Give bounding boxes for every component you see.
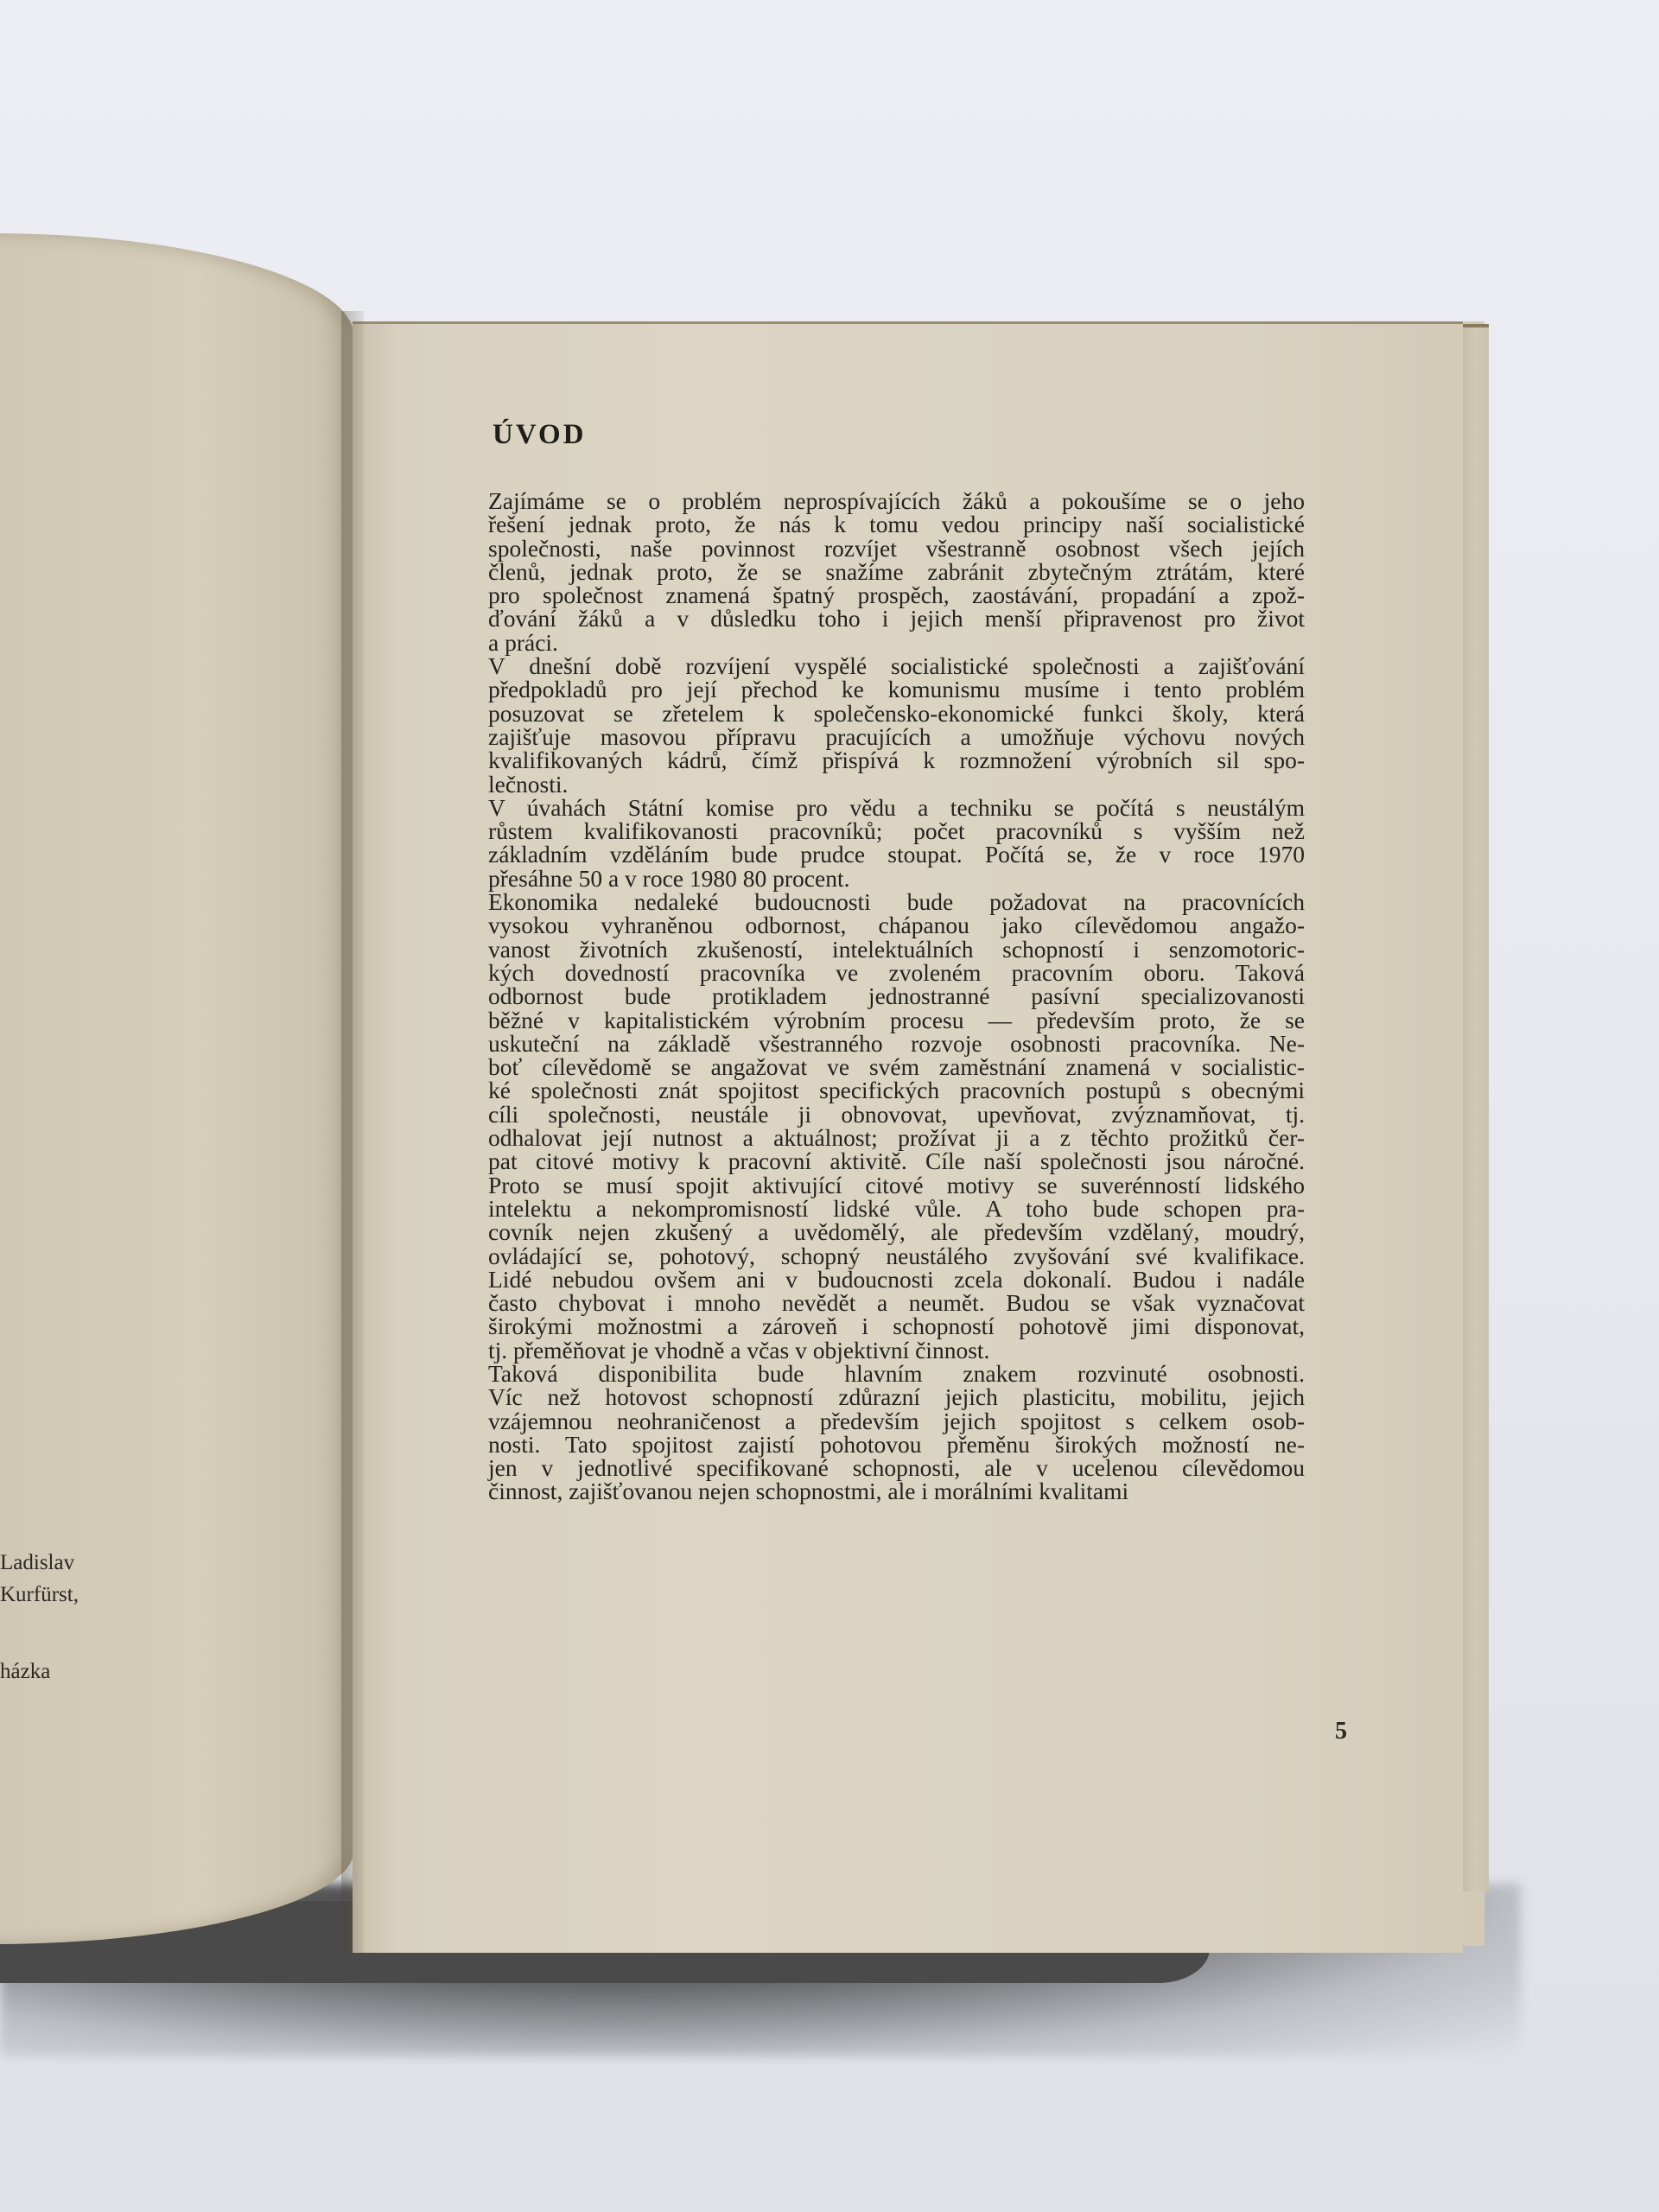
- text-line: Lidé nebudou ovšem ani v budoucnosti zce…: [488, 1268, 1305, 1291]
- paragraph: Taková disponibilita bude hlavním znakem…: [488, 1362, 1305, 1503]
- text-line: přesáhne 50 a v roce 1980 80 procent.: [488, 867, 1305, 890]
- text-line: lečnosti.: [488, 772, 1305, 796]
- book-gutter: [341, 311, 364, 1953]
- text-line: uskuteční na základě všestranného rozvoj…: [488, 1032, 1305, 1055]
- text-line: intelektu a nekompromisností lidské vůle…: [488, 1197, 1305, 1220]
- text-line: kvalifikovaných kádrů, čímž přispívá k r…: [488, 748, 1305, 772]
- left-line-gap: [0, 1611, 79, 1656]
- left-line: Kurfürst,: [0, 1579, 79, 1611]
- page-content: ÚVOD Zajímáme se o problém neprospívajíc…: [488, 419, 1305, 1503]
- text-line: covník nejen zkušený a uvědomělý, ale př…: [488, 1220, 1305, 1243]
- text-line: V úvahách Státní komise pro vědu a techn…: [488, 796, 1305, 819]
- text-line: cíli společnosti, neustále ji obnovovat,…: [488, 1103, 1305, 1126]
- text-line: často chybovat i mnoho nevědět a neumět.…: [488, 1291, 1305, 1314]
- paragraph: Zajímáme se o problém neprospívajících ž…: [488, 489, 1305, 654]
- text-line: kých dovedností pracovníka ve zvoleném p…: [488, 961, 1305, 984]
- text-line: ovládající se, pohotový, schopný neustál…: [488, 1244, 1305, 1268]
- text-line: pro společnost znamená špatný prospěch, …: [488, 583, 1305, 607]
- text-line: základním vzděláním bude prudce stoupat.…: [488, 842, 1305, 866]
- text-line: společnosti, naše povinnost rozvíjet vše…: [488, 537, 1305, 560]
- text-line: Proto se musí spojit aktivující citové m…: [488, 1173, 1305, 1197]
- text-line: jen v jednotlivé specifikované schopnost…: [488, 1456, 1305, 1479]
- text-line: běžné v kapitalistickém výrobním procesu…: [488, 1008, 1305, 1032]
- text-line: boť cílevědomě se angažovat ve svém zamě…: [488, 1055, 1305, 1078]
- body-text: Zajímáme se o problém neprospívajících ž…: [488, 489, 1305, 1503]
- text-line: širokými možnostmi a zároveň i schopnost…: [488, 1314, 1305, 1338]
- text-line: předpokladů pro její přechod ke komunism…: [488, 677, 1305, 701]
- paragraph: Ekonomika nedaleké budoucnosti bude poža…: [488, 890, 1305, 1362]
- text-line: Zajímáme se o problém neprospívajících ž…: [488, 489, 1305, 512]
- text-line: a práci.: [488, 631, 1305, 654]
- page-heading: ÚVOD: [493, 419, 1305, 451]
- photo-scene: Ladislav Kurfürst, házka ÚVOD Zajímáme s…: [0, 0, 1659, 2212]
- text-line: ké společnosti znát spojitost specifický…: [488, 1078, 1305, 1102]
- text-line: nosti. Tato spojitost zajistí pohotovou …: [488, 1433, 1305, 1456]
- left-page-text: Ladislav Kurfürst, házka: [0, 1547, 79, 1688]
- text-line: zajišťuje masovou přípravu pracujících a…: [488, 725, 1305, 748]
- text-line: posuzovat se zřetelem k společensko-ekon…: [488, 702, 1305, 725]
- paragraph: V úvahách Státní komise pro vědu a techn…: [488, 796, 1305, 890]
- text-line: V dnešní době rozvíjení vyspělé socialis…: [488, 654, 1305, 677]
- left-line: házka: [0, 1656, 79, 1688]
- text-line: růstem kvalifikovanosti pracovníků; poče…: [488, 819, 1305, 842]
- left-line: Ladislav: [0, 1547, 79, 1579]
- text-line: odbornost bude protikladem jednostranné …: [488, 984, 1305, 1007]
- text-line: vysokou vyhraněnou odbornost, chápanou j…: [488, 913, 1305, 937]
- text-line: činnost, zajišťovanou nejen schopnostmi,…: [488, 1479, 1305, 1503]
- text-line: tj. přeměňovat je vhodně a včas v objekt…: [488, 1338, 1305, 1362]
- text-line: Taková disponibilita bude hlavním znakem…: [488, 1362, 1305, 1385]
- paragraph: V dnešní době rozvíjení vyspělé socialis…: [488, 654, 1305, 796]
- text-line: odhalovat její nutnost a aktuálnost; pro…: [488, 1126, 1305, 1149]
- text-line: členů, jednak proto, že se snažíme zabrá…: [488, 560, 1305, 583]
- text-line: ďování žáků a v důsledku toho i jejich m…: [488, 607, 1305, 630]
- text-line: pat citové motivy k pracovní aktivitě. C…: [488, 1149, 1305, 1173]
- text-line: vzájemnou neohraničenost a především jej…: [488, 1409, 1305, 1433]
- text-line: Víc než hotovost schopností zdůrazní jej…: [488, 1385, 1305, 1408]
- page-edge: [1460, 324, 1489, 1891]
- left-page: [0, 233, 354, 1944]
- text-line: vanost životních zkušeností, intelektuál…: [488, 938, 1305, 961]
- page-number: 5: [1335, 1718, 1347, 1745]
- text-line: Ekonomika nedaleké budoucnosti bude poža…: [488, 890, 1305, 913]
- text-line: řešení jednak proto, že nás k tomu vedou…: [488, 512, 1305, 536]
